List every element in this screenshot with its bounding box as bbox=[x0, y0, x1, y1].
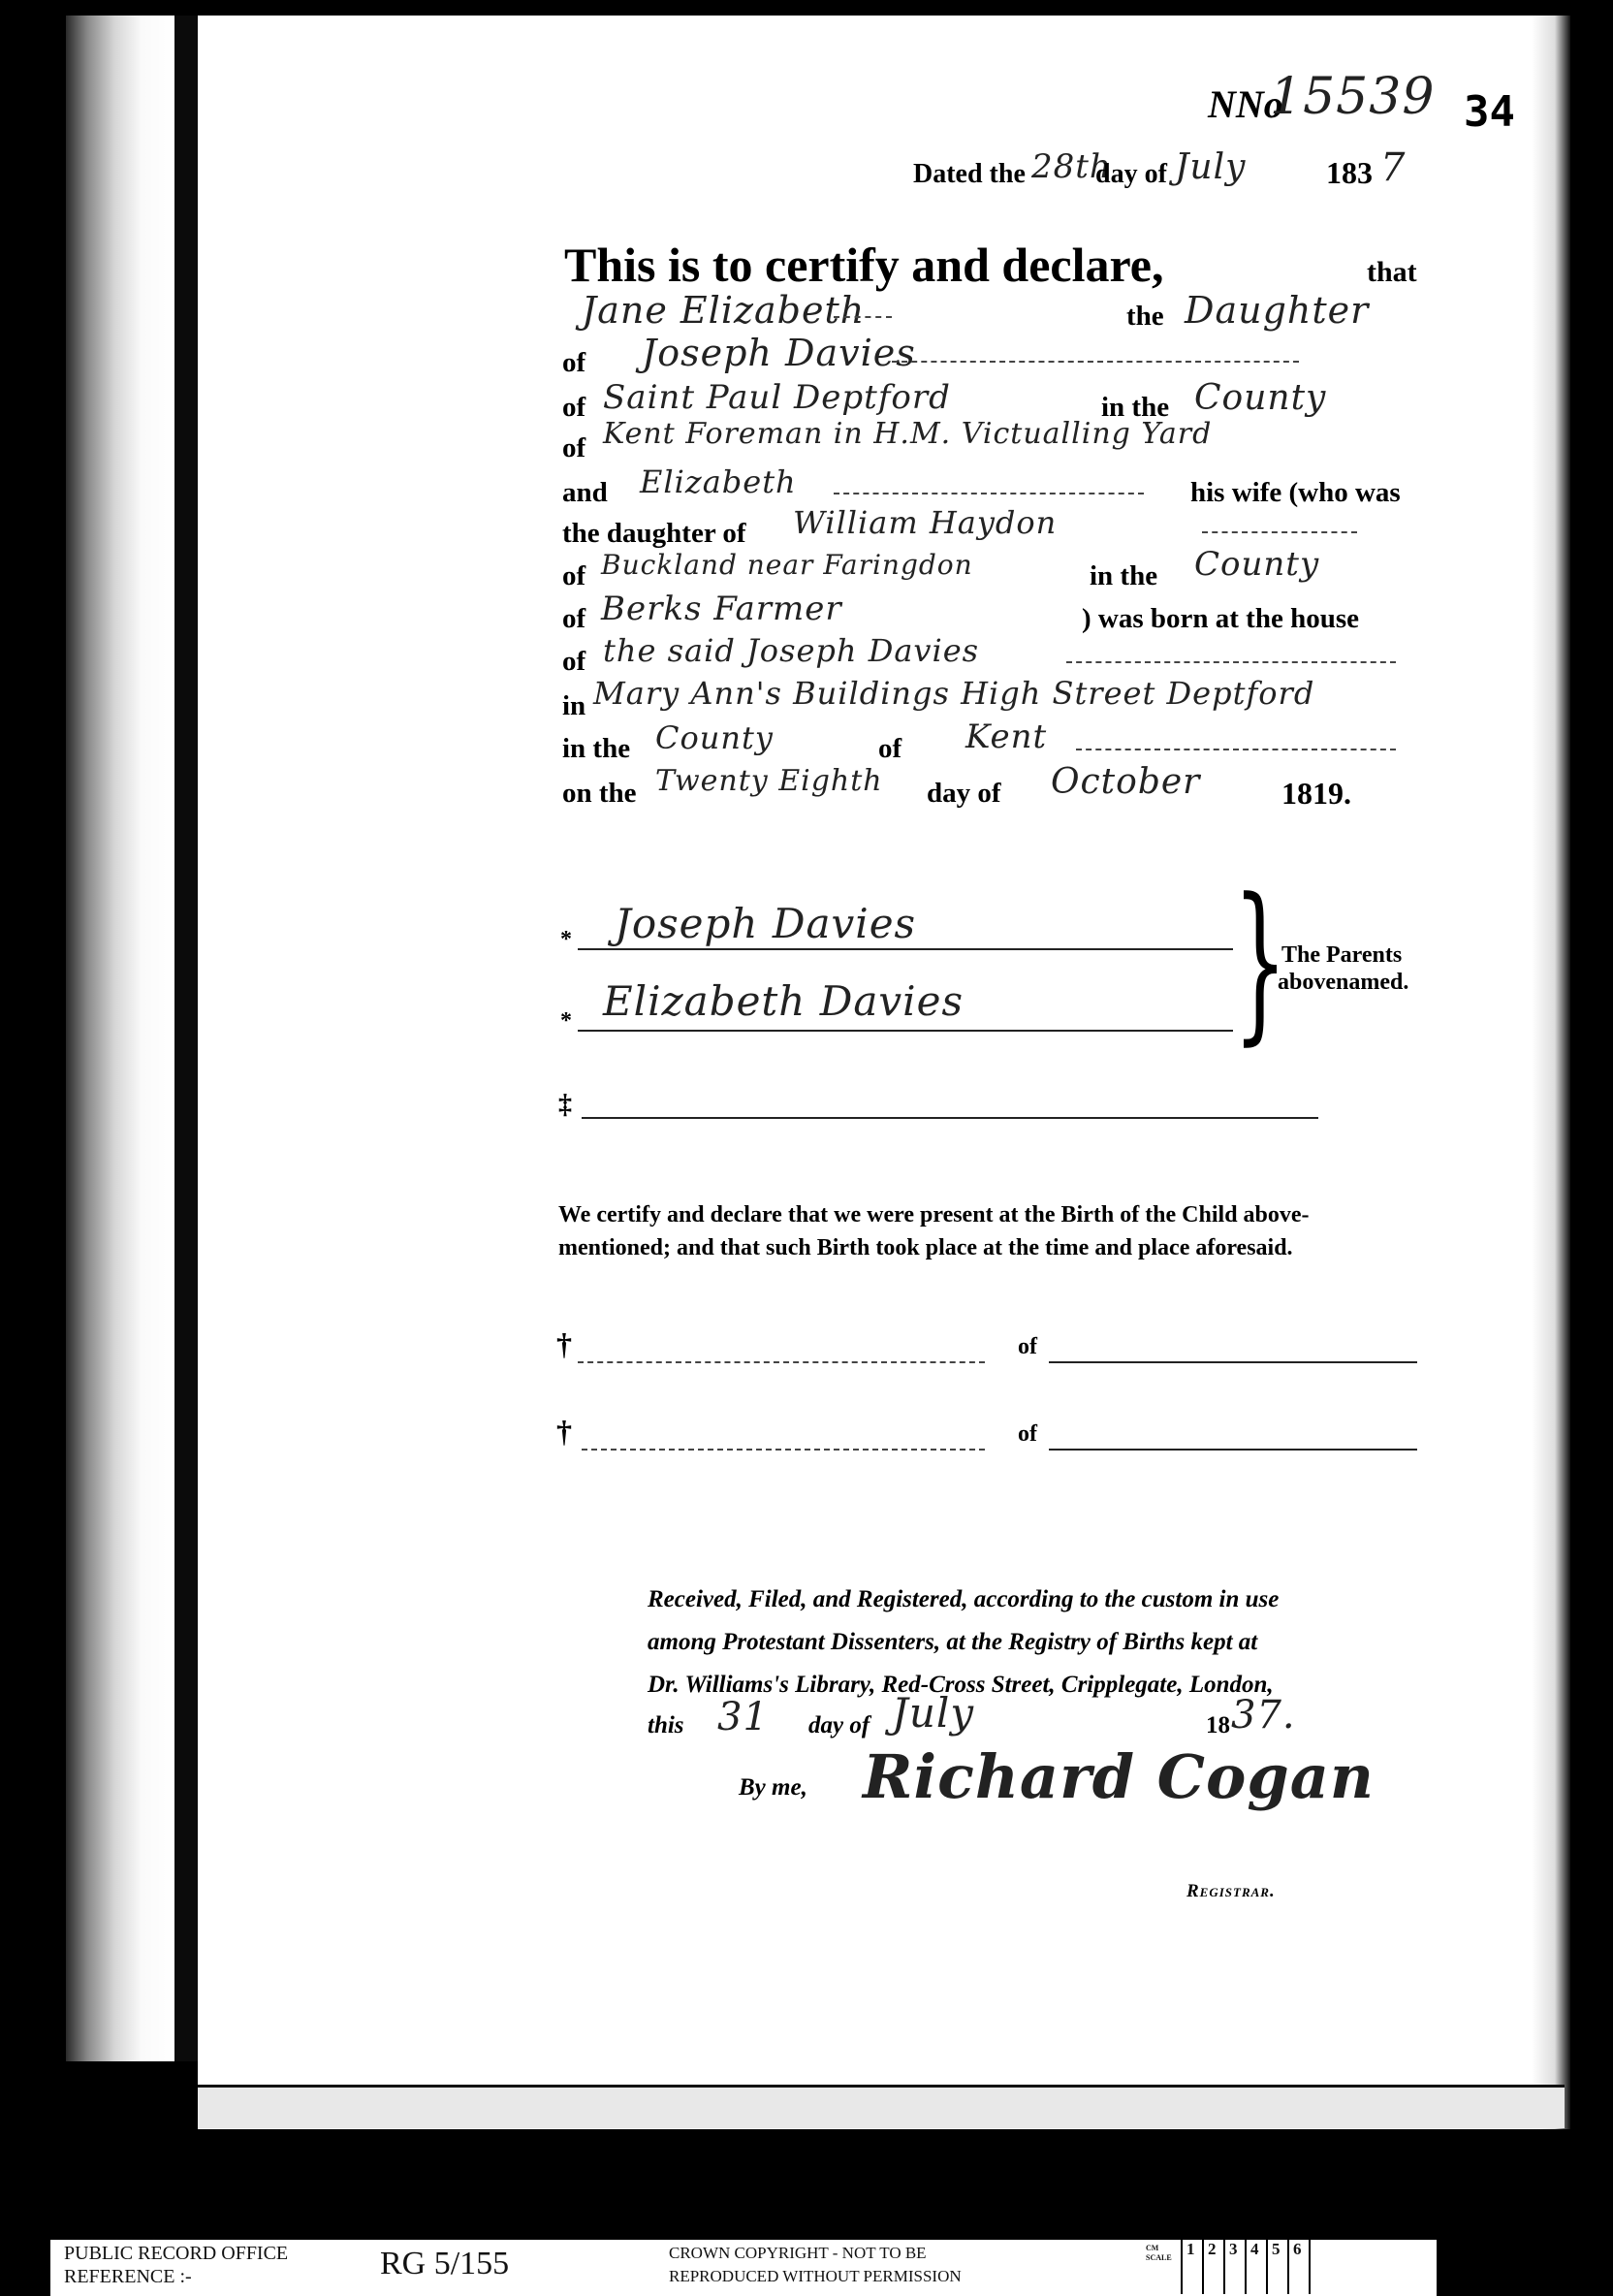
scale-tick: 3 bbox=[1223, 2240, 1238, 2294]
bullet-mark: * bbox=[560, 927, 572, 953]
scale-end bbox=[1309, 2240, 1440, 2294]
parents-brace: } bbox=[1233, 877, 1287, 1047]
fill-dash bbox=[834, 316, 892, 318]
father-place: Saint Paul Deptford bbox=[603, 378, 951, 417]
grandfather-county-occupation: Berks Farmer bbox=[601, 590, 842, 628]
office-line-1: PUBLIC RECORD OFFICE bbox=[64, 2242, 288, 2265]
witness-statement-1: We certify and declare that we were pres… bbox=[558, 1202, 1310, 1228]
grandfather-place: Buckland near Faringdon bbox=[601, 549, 973, 581]
scale-tick: 6 bbox=[1287, 2240, 1302, 2294]
registration-day: 31 bbox=[717, 1695, 769, 1739]
page-bottom-edge bbox=[198, 2085, 1565, 2128]
adjacent-page-edge bbox=[66, 16, 174, 2061]
archive-reference-footer: PUBLIC RECORD OFFICE REFERENCE :- RG 5/1… bbox=[50, 2236, 1437, 2296]
scale-tick: 5 bbox=[1266, 2240, 1281, 2294]
daughter-of-label: the daughter of bbox=[562, 518, 746, 550]
dated-year-printed: 183 bbox=[1326, 155, 1373, 191]
of-label: of bbox=[562, 646, 585, 678]
scale-tick: 2 bbox=[1202, 2240, 1217, 2294]
parents-label-1: The Parents bbox=[1281, 942, 1402, 969]
certificate-heading: This is to certify and declare, bbox=[564, 237, 1163, 293]
signature-line bbox=[582, 1117, 1318, 1119]
bullet-mark: * bbox=[560, 1008, 572, 1035]
relation: Daughter bbox=[1185, 289, 1369, 332]
on-the-label: on the bbox=[562, 778, 637, 810]
birth-month: October bbox=[1051, 762, 1200, 802]
witness-name-line bbox=[582, 1449, 985, 1451]
his-wife-label: his wife (who was bbox=[1190, 477, 1401, 509]
county-word: County bbox=[1194, 545, 1319, 584]
of-label: of bbox=[562, 560, 585, 592]
page-number: 34 bbox=[1464, 87, 1515, 137]
fill-dash bbox=[1076, 749, 1396, 750]
birth-county: Kent bbox=[965, 717, 1047, 756]
fill-dash bbox=[1202, 531, 1357, 533]
mother-signature: Elizabeth Davies bbox=[603, 977, 964, 1025]
of-label: of bbox=[562, 432, 585, 464]
registrar-signature: Richard Cogan bbox=[863, 1741, 1375, 1812]
of-label: of bbox=[1018, 1334, 1037, 1360]
witness-statement-2: mentioned; and that such Birth took plac… bbox=[558, 1235, 1293, 1261]
heading-tail: that bbox=[1367, 256, 1417, 289]
by-me-label: By me, bbox=[739, 1774, 807, 1802]
of-label: of bbox=[562, 603, 585, 635]
of-label: of bbox=[1018, 1421, 1037, 1448]
dated-year-hand: 7 bbox=[1380, 145, 1406, 190]
fill-dash bbox=[834, 493, 1144, 494]
witness-name-line bbox=[578, 1361, 985, 1363]
birth-day: Twenty Eighth bbox=[655, 764, 883, 798]
page-right-shadow bbox=[1532, 16, 1570, 2129]
dagger-mark: † bbox=[556, 1326, 572, 1362]
registrar-title: Registrar. bbox=[1186, 1881, 1276, 1902]
registration-line-2: among Protestant Dissenters, at the Regi… bbox=[648, 1629, 1257, 1656]
certificate-number: 15539 bbox=[1270, 68, 1435, 126]
reference-number: RG 5/155 bbox=[380, 2246, 509, 2282]
county-word: County bbox=[1194, 378, 1326, 418]
father-signature: Joseph Davies bbox=[615, 900, 916, 947]
double-dagger-mark: ‡ bbox=[558, 1090, 572, 1121]
dated-middle: day of bbox=[1095, 159, 1167, 190]
scale-tick: 1 bbox=[1181, 2240, 1195, 2294]
dated-prefix: Dated the bbox=[913, 159, 1026, 190]
in-the-label: in the bbox=[1090, 560, 1157, 592]
house-of: the said Joseph Davies bbox=[603, 632, 979, 669]
dated-month: July bbox=[1175, 147, 1246, 187]
day-of-label: day of bbox=[927, 778, 1001, 810]
mother-name: Elizabeth bbox=[640, 463, 797, 500]
and-label: and bbox=[562, 477, 608, 509]
registration-year-hand: 37. bbox=[1231, 1693, 1296, 1738]
dagger-mark: † bbox=[556, 1414, 572, 1450]
in-label: in bbox=[562, 690, 585, 722]
copyright-line-1: CROWN COPYRIGHT - NOT TO BE bbox=[669, 2242, 962, 2265]
father-county-occupation: Kent Foreman in H.M. Victualling Yard bbox=[603, 417, 1212, 451]
registration-line-1: Received, Filed, and Registered, accordi… bbox=[648, 1586, 1279, 1613]
relation-label: the bbox=[1126, 301, 1164, 333]
witness-place-line bbox=[1049, 1449, 1417, 1451]
signature-line bbox=[578, 948, 1233, 950]
registration-year-printed: 18 bbox=[1206, 1712, 1230, 1739]
fill-dash bbox=[1066, 661, 1396, 663]
office-label: PUBLIC RECORD OFFICE REFERENCE :- bbox=[64, 2242, 288, 2288]
of-label: of bbox=[562, 347, 585, 379]
copyright-notice: CROWN COPYRIGHT - NOT TO BE REPRODUCED W… bbox=[669, 2242, 962, 2288]
registration-month: July bbox=[892, 1689, 974, 1737]
of-label: of bbox=[562, 392, 585, 424]
this-label: this bbox=[648, 1712, 684, 1739]
parents-label-2: abovenamed. bbox=[1278, 970, 1408, 996]
signature-line bbox=[578, 1030, 1233, 1032]
fill-dash bbox=[892, 361, 1299, 363]
birth-address: Mary Ann's Buildings High Street Deptfor… bbox=[593, 675, 1314, 712]
father-name: Joseph Davies bbox=[642, 332, 916, 374]
maternal-grandfather: William Haydon bbox=[793, 504, 1057, 541]
of-label: of bbox=[878, 733, 901, 765]
office-line-2: REFERENCE :- bbox=[64, 2265, 288, 2288]
county-word: County bbox=[655, 719, 774, 756]
binding-gutter bbox=[174, 16, 198, 2061]
child-name: Jane Elizabeth bbox=[582, 289, 865, 332]
witness-place-line bbox=[1049, 1361, 1417, 1363]
copyright-line-2: REPRODUCED WITHOUT PERMISSION bbox=[669, 2265, 962, 2288]
day-of-label: day of bbox=[808, 1712, 870, 1739]
scale-label: CM SCALE bbox=[1146, 2244, 1175, 2263]
birth-year: 1819. bbox=[1281, 776, 1351, 812]
in-the-label: in the bbox=[562, 733, 630, 765]
scale-tick: 4 bbox=[1245, 2240, 1259, 2294]
born-at-label: ) was born at the house bbox=[1082, 603, 1359, 635]
